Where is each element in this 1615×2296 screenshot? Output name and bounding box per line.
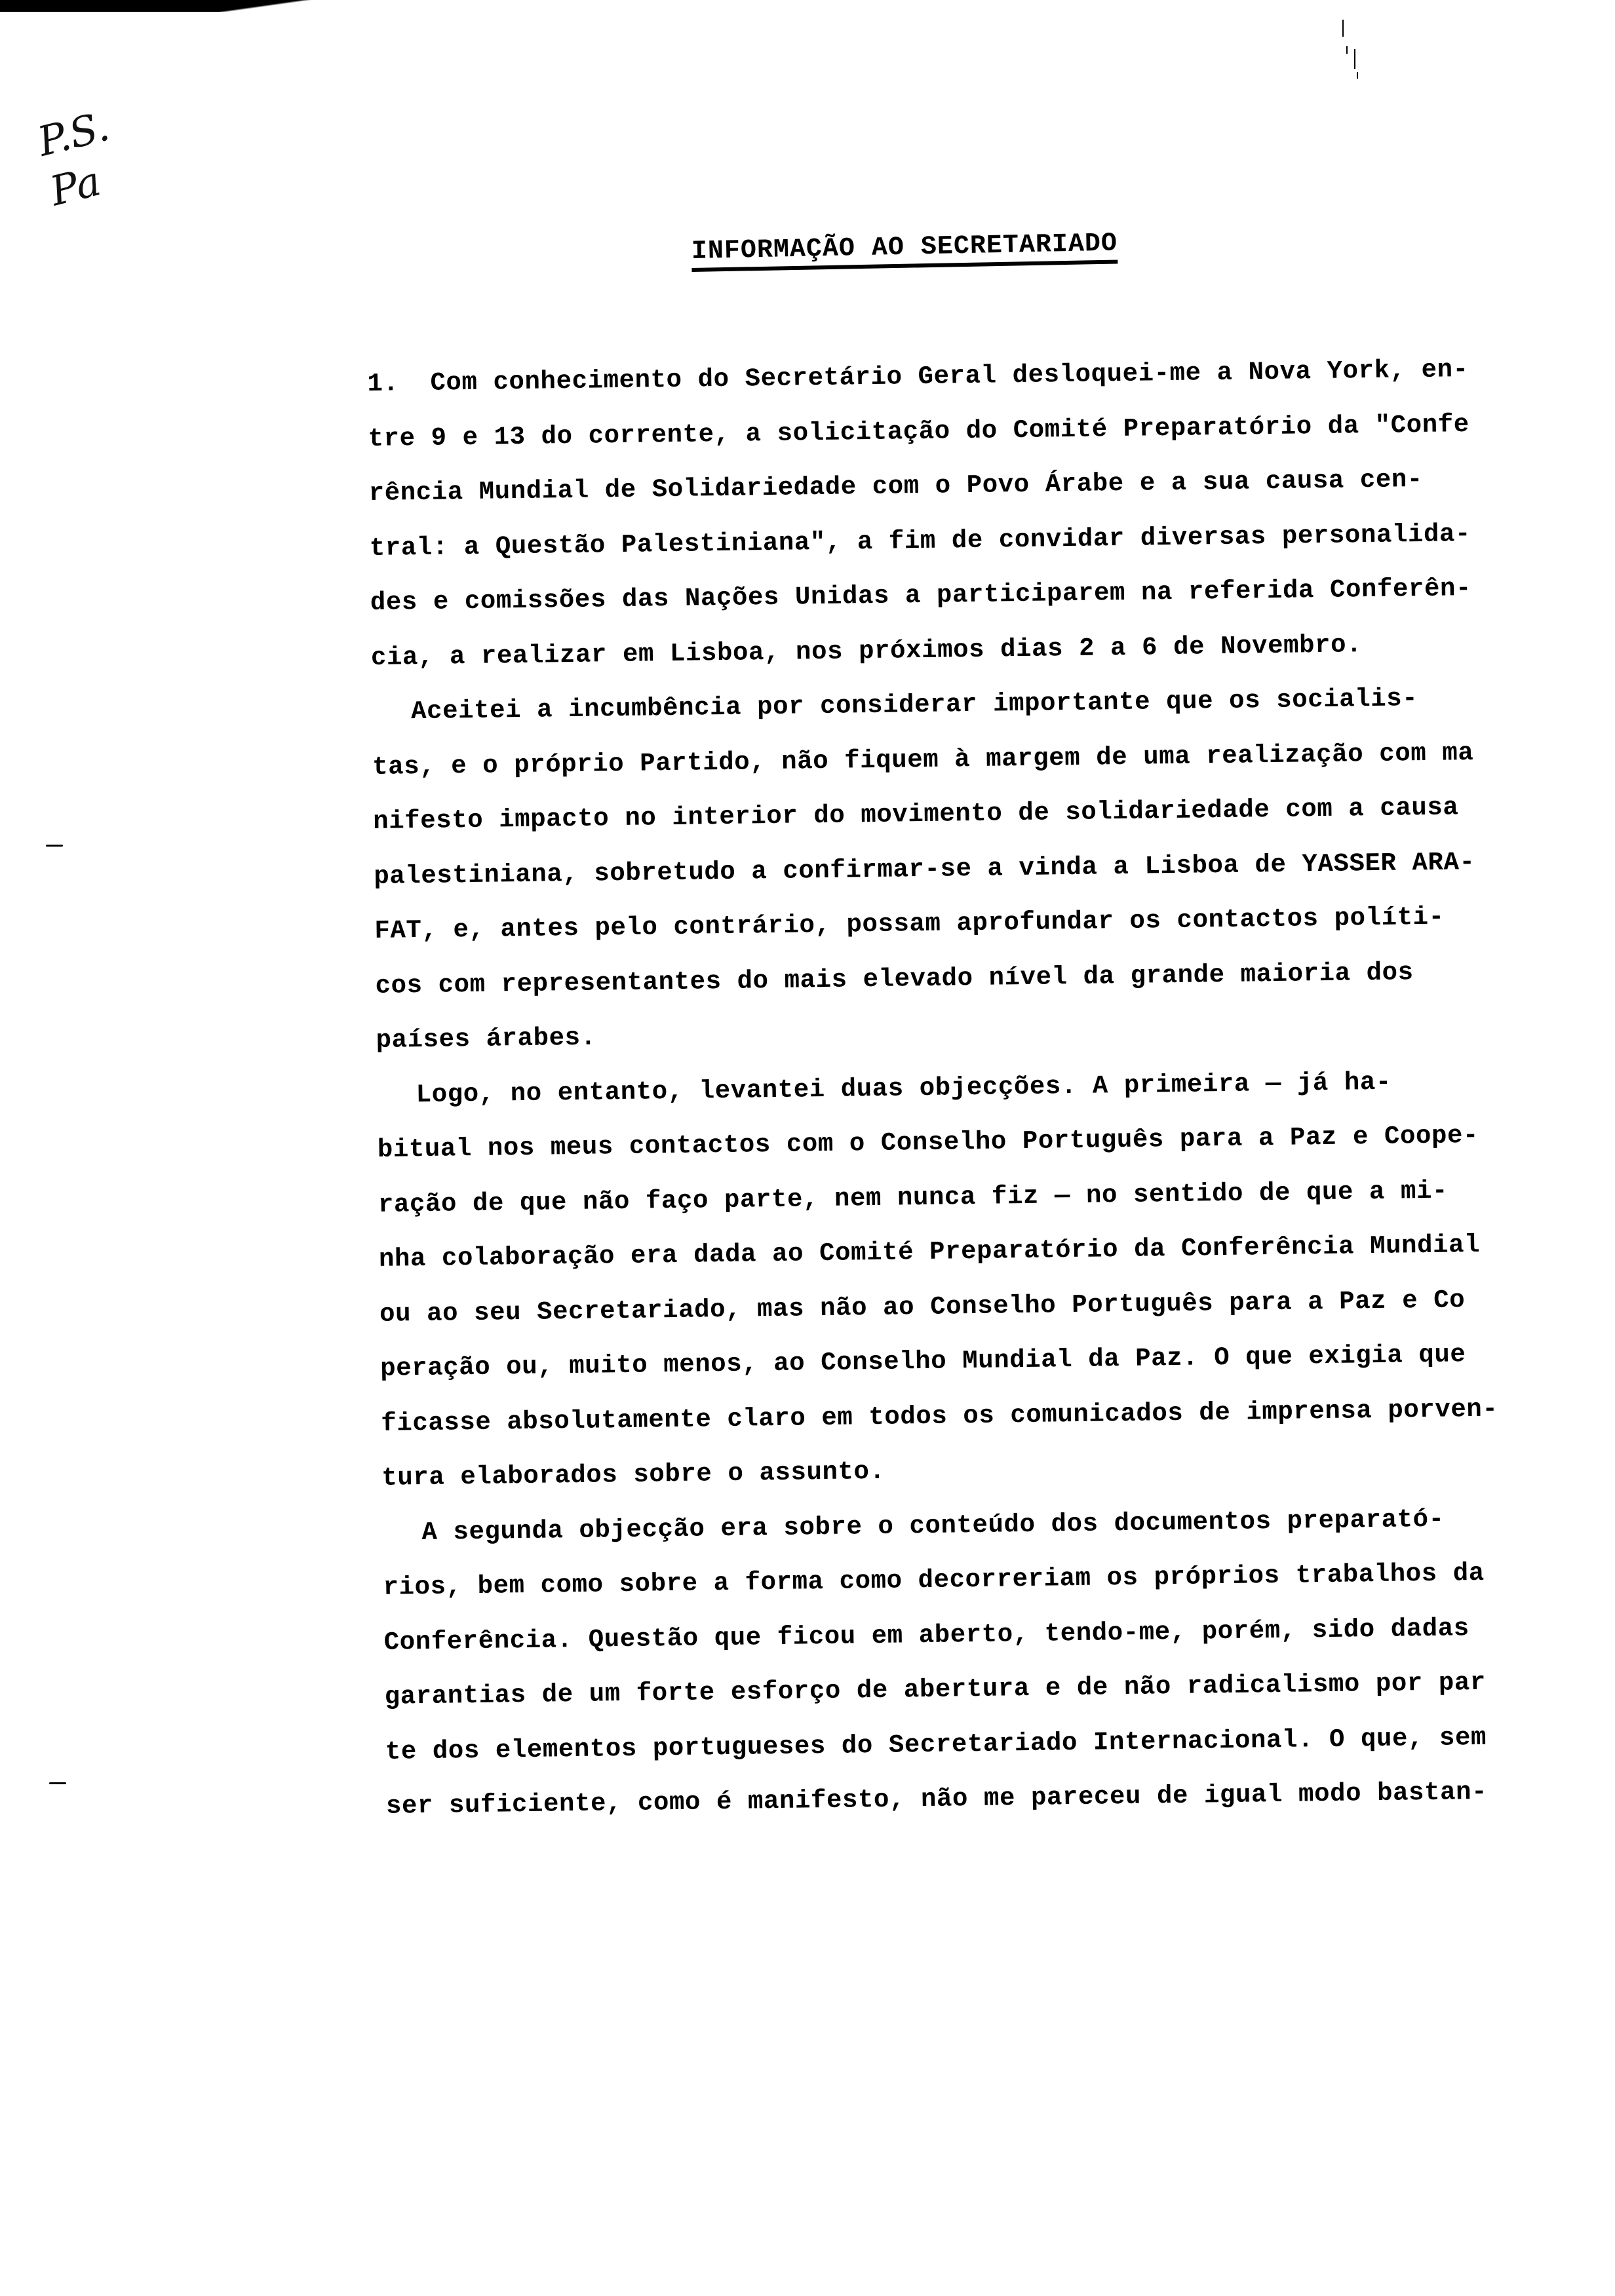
- document-body: 1. Com conhecimento do Secretário Geral …: [367, 341, 1566, 1834]
- handwritten-annotation: P.S. Pa: [33, 89, 184, 264]
- document-title: INFORMAÇÃO AO SECRETARIADO: [691, 229, 1118, 272]
- margin-mark: [49, 1782, 66, 1784]
- scan-edge-shadow: [0, 0, 518, 12]
- margin-mark: [46, 845, 63, 847]
- scan-artifact-marks: [1317, 20, 1422, 79]
